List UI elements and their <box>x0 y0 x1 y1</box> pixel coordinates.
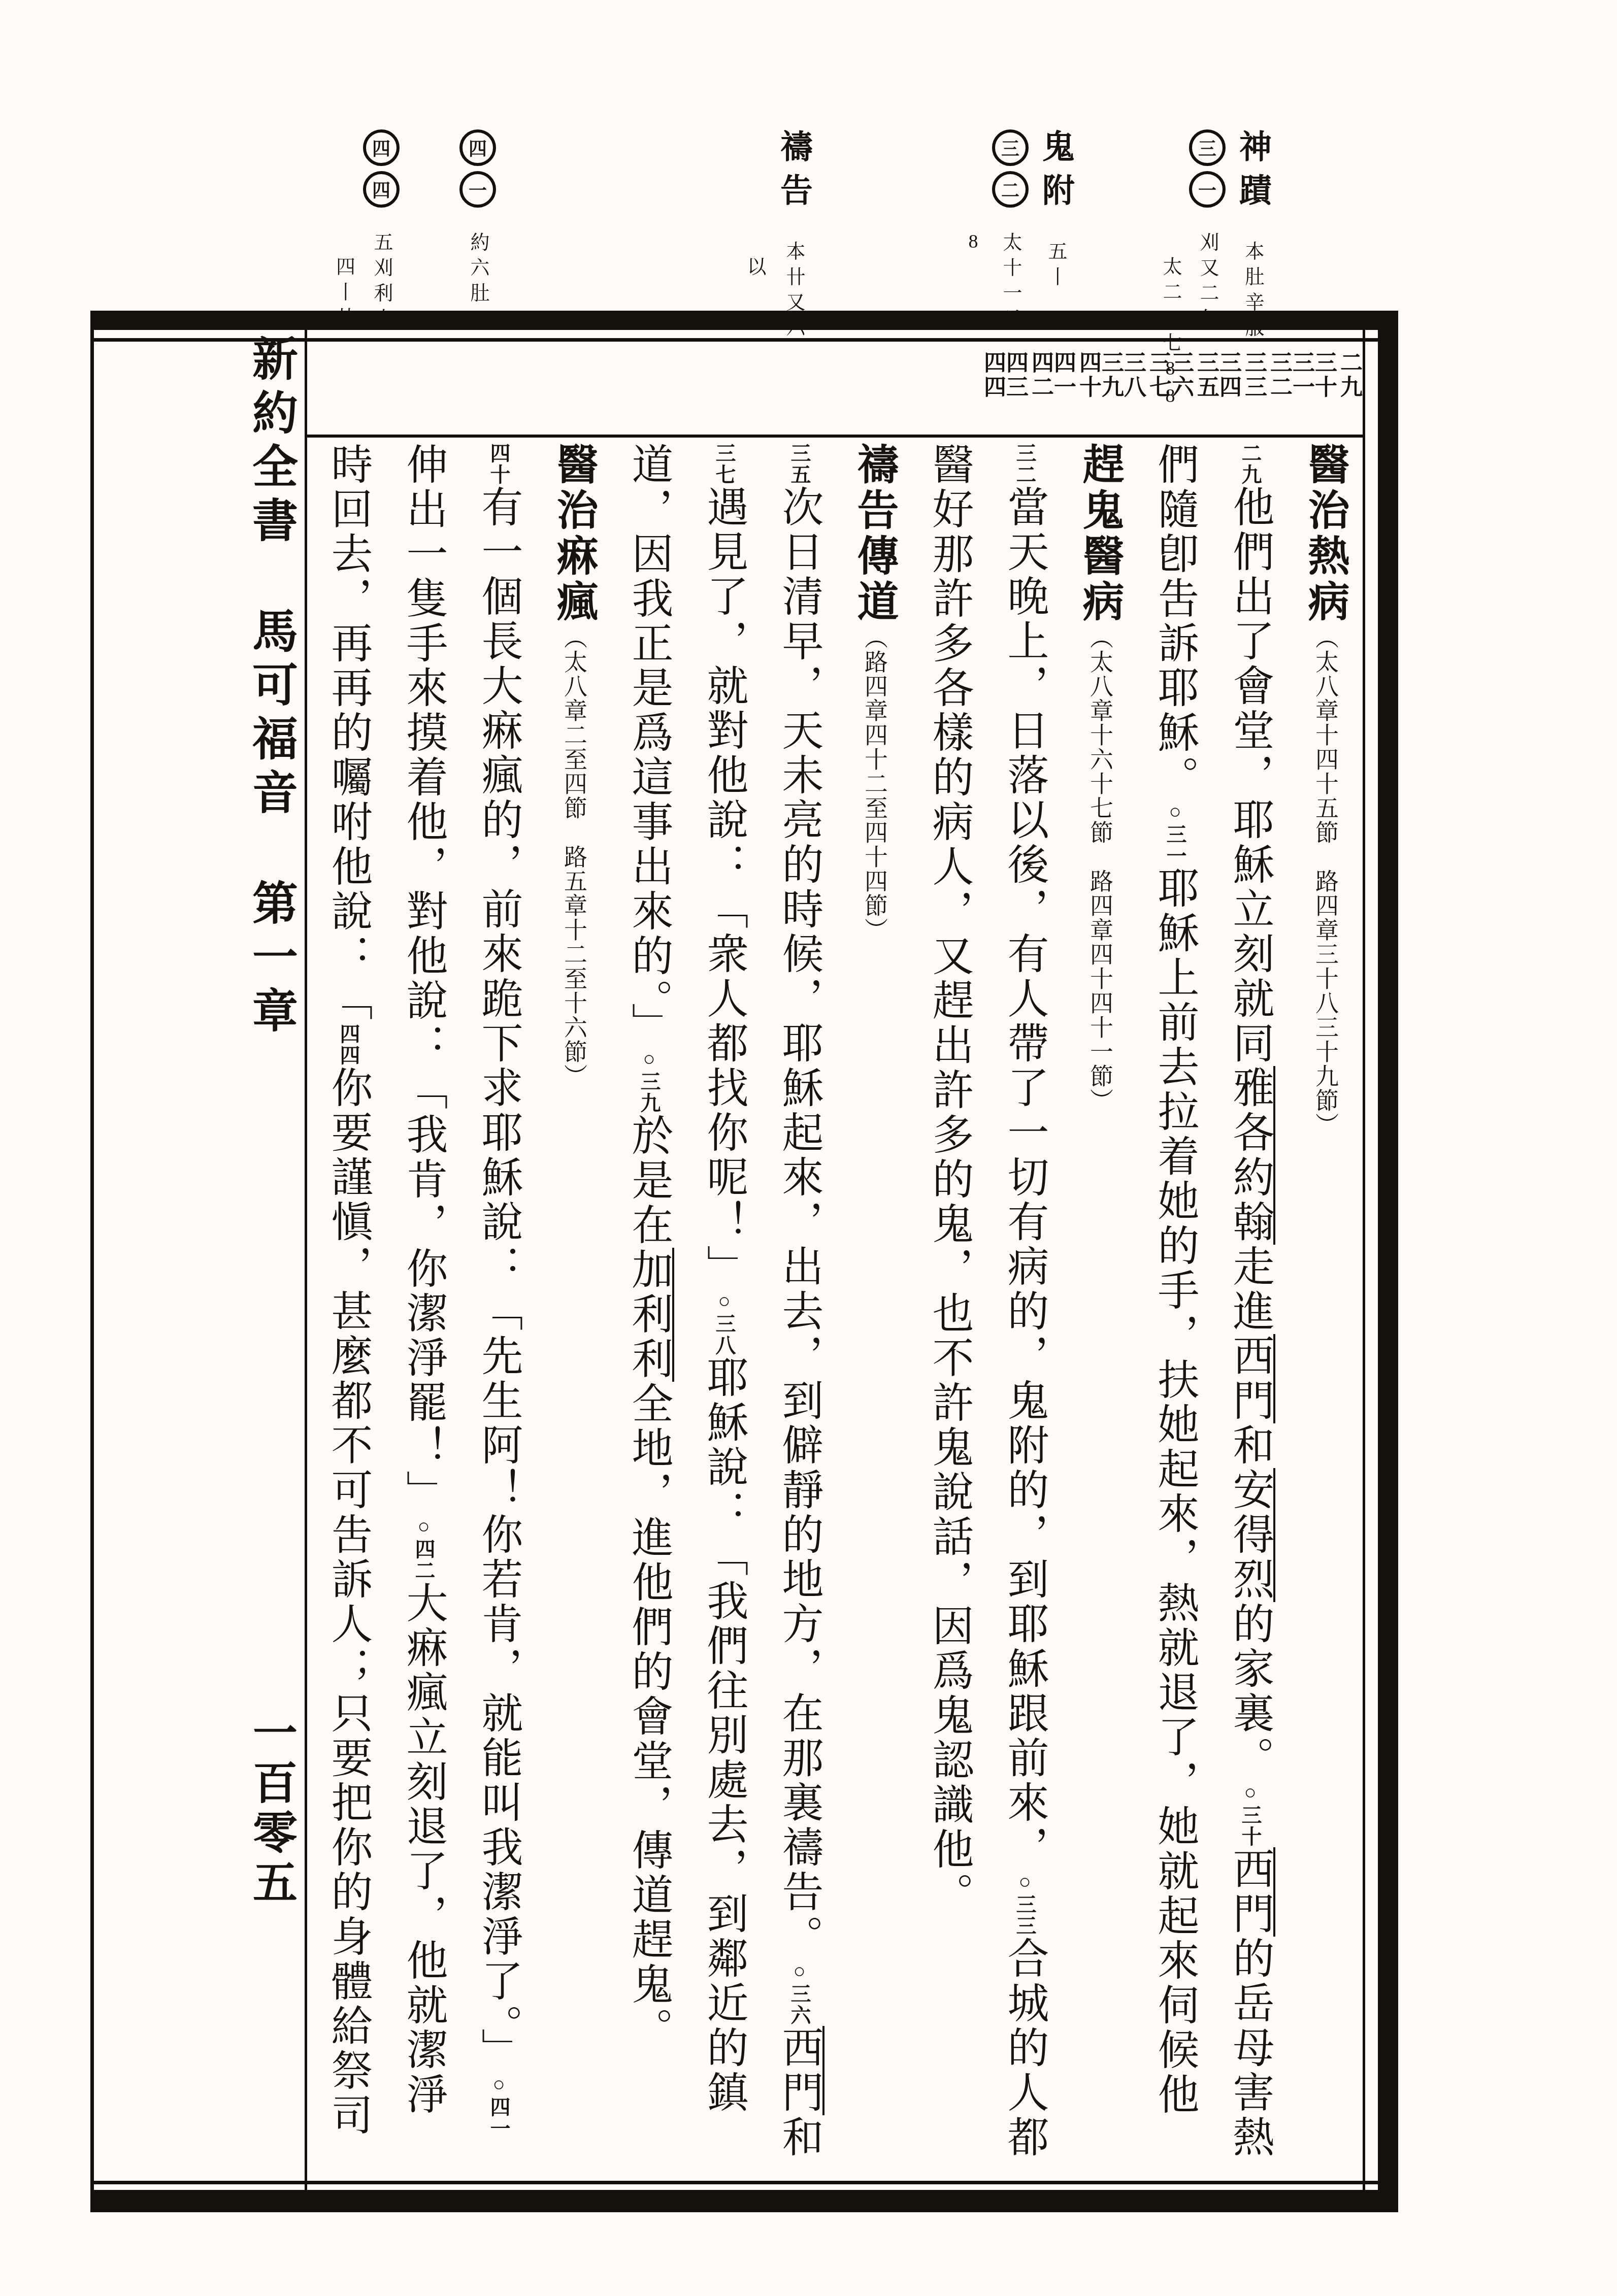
verse-number-digit: 三 <box>1293 351 1315 376</box>
verse-marker: ○三六 <box>788 1959 811 2026</box>
section-heading-column: 醫治熱病（太八章十四十五節 路四章三十八三十九節） <box>1288 443 1363 2178</box>
verse-number-digit: 二 <box>1270 376 1293 400</box>
verse-number-digit: 三 <box>1006 376 1029 400</box>
header-note-ref: 五丨 <box>1044 241 1067 292</box>
verse-number-digit: 七 <box>1149 376 1172 400</box>
circled-number: 四 <box>459 129 496 166</box>
verse-number: 三九 <box>1102 351 1124 400</box>
scripture-text: 當天晚上，日落以後，有人帶了一切有病的，鬼附的，到耶穌跟前來， <box>1002 485 1048 1870</box>
scanned-book-page: 神蹟本肚辛服三一刈又二仁太二一七88鬼附五丨三二太十一乂8禱告本卄又六以四一約六… <box>0 0 1617 2296</box>
section-title: 醫治熱病 <box>1302 443 1348 625</box>
header-note-title: 禱告 <box>774 129 813 217</box>
verse-number-digit: 五 <box>1197 376 1219 400</box>
text-column: 時回去，再再的囑咐他說：「四四你要謹愼，甚麼都不可吿訴人；只要把你的身體給祭司驗… <box>311 443 386 2178</box>
verse-number-digit: 三 <box>1315 351 1337 376</box>
scripture-text: 的家裏。 <box>1227 1602 1273 1781</box>
section-reference: （路四章四十二至四十四節） <box>862 625 887 942</box>
header-note-column: 鬼附五丨 <box>1036 129 1075 334</box>
header-note-ref: 約六肚 <box>466 232 489 308</box>
frame-top-thick-rule <box>90 311 1398 330</box>
header-note-group: 四一約六肚 <box>457 129 498 308</box>
verse-number-digit: 三 <box>1245 351 1267 376</box>
header-note-title: 神蹟 <box>1233 129 1272 217</box>
text-column: 們隨卽吿訴耶穌。○三一耶穌上前去拉着她的手，扶她起來，熱就退了，她就起來伺候他們… <box>1137 443 1212 2178</box>
verse-number-digit: 四 <box>1219 376 1242 400</box>
verse-number: 四三 <box>1006 351 1029 400</box>
verse-number-digit: 三 <box>1172 351 1194 376</box>
header-note-title: 鬼附 <box>1036 129 1075 217</box>
verse-number-digit: 九 <box>1340 376 1363 400</box>
circled-number: 四 <box>363 171 400 208</box>
proper-name: 雅各約翰 <box>1227 1066 1275 1245</box>
circled-number: 一 <box>1189 171 1226 208</box>
verse-number: 三八 <box>1124 351 1146 400</box>
running-title-part: 馬可福音 <box>245 607 295 822</box>
proper-name: 西門 <box>1227 1847 1275 1937</box>
verse-number: 三一 <box>1293 351 1315 400</box>
scripture-text: 走進 <box>1227 1245 1273 1334</box>
verse-marker: ○三八 <box>713 1289 736 1356</box>
circled-number: 三 <box>1189 129 1226 166</box>
verse-number-digit: 三 <box>1270 351 1293 376</box>
header-note-ref: 8 <box>962 231 985 258</box>
header-note-ref: 以 <box>743 256 766 282</box>
circled-number-stack: 三一 <box>1189 129 1226 208</box>
verse-marker: 四十 <box>487 443 510 485</box>
verse-number-digit: 八 <box>1124 376 1146 400</box>
scripture-text: 於是在 <box>626 1114 672 1248</box>
verse-number: 四十 <box>1079 351 1102 400</box>
verse-number-digit: 九 <box>1102 376 1124 400</box>
verse-number: 四四 <box>984 351 1006 400</box>
verse-strip-cell: 三一 <box>1293 344 1315 434</box>
verse-number-digit: 一 <box>1293 376 1315 400</box>
scripture-text: 時回去，再再的囑咐他說：「 <box>325 443 372 1023</box>
scripture-text: 醫好那許多各樣的病人，又趕出許多的鬼，也不許鬼說話，因爲鬼認識他。 <box>927 443 973 1917</box>
section-heading-column: 趕鬼醫病（太八章十六十七節 路四章四十四十一節） <box>1062 443 1137 2178</box>
verse-number-digit: 十 <box>1315 376 1337 400</box>
verse-number: 二九 <box>1340 351 1363 400</box>
verse-number: 三六 <box>1172 351 1194 400</box>
text-column: 三七遇見了，就對他說：「衆人都找你呢！」○三八耶穌說：「我們往別處去，到鄰近的鎮… <box>686 443 762 2178</box>
scripture-text-area: 醫治熱病（太八章十四十五節 路四章三十八三十九節）二九他們出了會堂，耶穌立刻就同… <box>309 443 1363 2178</box>
verse-strip-cell: 二九三十 <box>1315 344 1363 434</box>
scripture-text: 和 <box>1227 1423 1273 1468</box>
verse-marker: 三五 <box>788 443 811 485</box>
verse-number-digit: 三 <box>1245 376 1267 400</box>
scripture-text: 次日清早，天未亮的時候，耶穌起來，出去，到僻靜的地方，在那裏禱告。 <box>776 485 822 1959</box>
section-heading-column: 禱告傳道（路四章四十二至四十四節） <box>837 443 912 2178</box>
scripture-text: 遇見了，就對他說：「衆人都找你呢！」 <box>701 485 747 1289</box>
verse-marker: 四四 <box>337 1023 360 1066</box>
proper-name: 西門 <box>1227 1334 1275 1423</box>
circled-number-stack: 三二 <box>992 129 1029 208</box>
proper-name: 安得烈 <box>1227 1468 1275 1602</box>
header-note-group: 鬼附五丨三二太十一乂8 <box>974 129 1075 334</box>
frame-bottom-thin-rule <box>90 2181 1398 2184</box>
circled-number: 三 <box>992 129 1029 166</box>
running-title-part: 新約全書 <box>245 335 295 550</box>
section-title: 醫治痳瘋 <box>551 443 597 625</box>
verse-number-digit: 三 <box>1219 351 1242 376</box>
scripture-text: 道，因我正是爲這事出來的。」 <box>626 443 672 1047</box>
header-note-group: 四四五刈利十四丨卄 <box>331 129 400 334</box>
verse-number-digit: 三 <box>1124 351 1146 376</box>
verse-number-digit: 四 <box>1054 351 1076 376</box>
circled-number: 四 <box>363 129 400 166</box>
header-note-column: 三二太十一乂 <box>992 129 1029 334</box>
margin-divider-rule <box>305 311 307 2212</box>
verse-marker: ○四二 <box>412 1515 435 1581</box>
page-number: 一百零五 <box>241 1710 301 1909</box>
verse-number-digit: 二 <box>1340 351 1363 376</box>
verse-number-digit: 三 <box>1197 351 1219 376</box>
text-column: 道，因我正是爲這事出來的。」○三九於是在加利利全地，進他們的會堂，傳道趕鬼。 <box>611 443 686 2178</box>
text-column: 二九他們出了會堂，耶穌立刻就同雅各約翰走進西門和安得烈的家裏。○三十西門的岳母害… <box>1212 443 1288 2178</box>
verse-number: 三五 <box>1197 351 1219 400</box>
verse-number: 四二 <box>1032 351 1054 400</box>
proper-name: 西門 <box>776 2026 824 2115</box>
section-reference: （太八章十四十五節 路四章三十八三十九節） <box>1312 625 1338 1137</box>
verse-marker: ○三十 <box>1239 1781 1262 1847</box>
running-title-part: 第一章 <box>245 879 295 1041</box>
verse-number-strip: 二九三十三一三二三三三四三五三六三七三八三九四十四一四二四三四四 <box>309 344 1363 434</box>
header-note-column: 四丨卄 <box>331 129 356 334</box>
verse-number: 三三 <box>1245 351 1267 400</box>
verse-number: 三四 <box>1219 351 1242 400</box>
proper-name: 加利利 <box>626 1248 674 1382</box>
text-column: 四十有一個長大痳瘋的，前來跪下求耶穌說：「先生阿！你若肯，就能叫我潔淨了。」○四… <box>461 443 536 2178</box>
verse-number: 四一 <box>1054 351 1076 400</box>
scripture-text: 他們出了會堂，耶穌立刻就同 <box>1227 485 1273 1066</box>
verse-marker: ○三一 <box>1164 800 1186 867</box>
verse-number: 三十 <box>1315 351 1337 400</box>
verse-number-digit: 四 <box>984 376 1006 400</box>
text-column: 三五次日清早，天未亮的時候，耶穌起來，出去，到僻靜的地方，在那裏禱告。○三六西門… <box>762 443 837 2178</box>
verse-number-digit: 十 <box>1079 376 1102 400</box>
frame-left-rule <box>90 311 94 2212</box>
verse-strip-cell: 三五三六 <box>1172 344 1219 434</box>
scripture-text: 們隨卽吿訴耶穌。 <box>1152 443 1198 800</box>
verse-number-digit: 四 <box>1006 351 1029 376</box>
section-title: 禱告傳道 <box>851 443 898 625</box>
frame-right-thin-rule <box>1363 311 1365 2212</box>
scripture-text: 有一個長大痳瘋的，前來跪下求耶穌說：「先生阿！你若肯，就能叫我潔淨了。」 <box>476 485 522 2073</box>
frame-right-thick-rule <box>1378 311 1398 2212</box>
verse-marker: ○三三 <box>1013 1870 1036 1937</box>
scripture-text: 伸出一隻手來摸着他，對他說：「我肯，你潔淨罷！」 <box>401 443 447 1515</box>
verse-number: 三二 <box>1270 351 1293 400</box>
verse-strip-cell: 三七三八 <box>1124 344 1172 434</box>
verse-number-digit: 四 <box>1079 351 1102 376</box>
section-title: 趕鬼醫病 <box>1077 443 1123 625</box>
section-heading-column: 醫治痳瘋（太八章二至四節 路五章十二至十六節） <box>536 443 611 2178</box>
verse-marker: ○三九 <box>638 1047 661 1114</box>
header-note-column: 8 <box>962 129 985 334</box>
text-column: 醫好那許多各樣的病人，又趕出許多的鬼，也不許鬼說話，因爲鬼認識他。 <box>912 443 987 2178</box>
text-column: 三二當天晚上，日落以後，有人帶了一切有病的，鬼附的，到耶穌跟前來，○三三合城的人… <box>987 443 1062 2178</box>
verse-strip-cell: 四二四三 <box>1006 344 1054 434</box>
verse-number-digit: 六 <box>1172 376 1194 400</box>
verse-number-digit: 四 <box>1032 351 1054 376</box>
verse-number-digit: 一 <box>1054 376 1076 400</box>
text-column: 伸出一隻手來摸着他，對他說：「我肯，你潔淨罷！」○四二大痳瘋立刻退了，他就潔淨了… <box>386 443 461 2178</box>
verse-number-digit: 三 <box>1149 351 1172 376</box>
verse-strip-cell: 三九 <box>1102 344 1124 434</box>
verse-marker: 三七 <box>713 443 736 485</box>
running-title: 新約全書馬可福音第一章 <box>240 335 301 1756</box>
verse-marker: ○四一 <box>487 2073 510 2139</box>
section-reference: （太八章二至四節 路五章十二至十六節） <box>561 625 587 1088</box>
circled-number-stack: 四四 <box>363 129 400 208</box>
circled-number-stack: 四一 <box>459 129 496 208</box>
verse-marker: 三二 <box>1013 443 1036 485</box>
circled-number: 一 <box>459 171 496 208</box>
verse-strip-cell: 四十四一 <box>1054 344 1102 434</box>
section-reference: （太八章十六十七節 路四章四十四十一節） <box>1087 625 1113 1113</box>
header-note-column: 四一約六肚 <box>458 129 498 308</box>
header-note-column: 四四五刈利十 <box>363 129 400 334</box>
circled-number: 二 <box>992 171 1029 208</box>
scripture-text: 全地，進他們的會堂，傳道趕鬼。 <box>626 1382 672 2052</box>
verse-strip-cell: 四四 <box>984 344 1006 434</box>
verse-number-digit: 二 <box>1032 376 1054 400</box>
top-margin-notes: 神蹟本肚辛服三一刈又二仁太二一七88鬼附五丨三二太十一乂8禱告本卄又六以四一約六… <box>0 0 1617 330</box>
verse-strip-cell: 三二三三三四 <box>1219 344 1293 434</box>
verse-number-digit: 三 <box>1102 351 1124 376</box>
verse-number: 三七 <box>1149 351 1172 400</box>
frame-bottom-thick-rule <box>90 2190 1398 2212</box>
verse-number-digit: 四 <box>984 351 1006 376</box>
verse-strip-rule <box>307 435 1363 438</box>
verse-marker: 二九 <box>1239 443 1262 485</box>
